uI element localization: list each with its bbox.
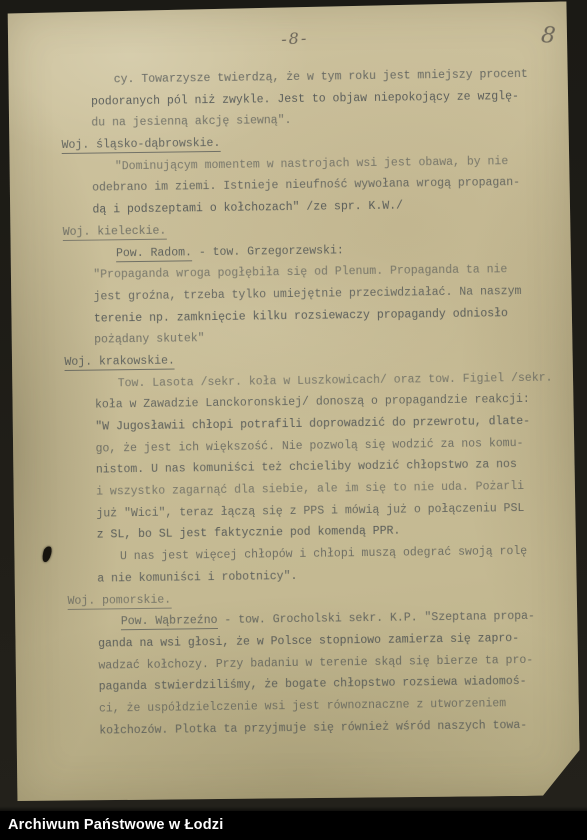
archive-caption: Archiwum Państwowe w Łodzi <box>8 817 223 833</box>
archive-caption-bar: Archiwum Państwowe w Łodzi <box>0 811 587 840</box>
section-heading-text: Woj. śląsko-dąbrowskie. <box>62 137 221 154</box>
typed-page-number: -8- <box>281 28 309 48</box>
subheading-underlined: Pow. Wąbrzeźno <box>121 614 218 630</box>
section-heading-text: Woj. kieleckie. <box>63 224 167 240</box>
scan-background: -8- 8 cy. Towarzysze twierdzą, że w tym … <box>0 0 587 840</box>
section-heading-text: Woj. krakowskie. <box>64 354 175 370</box>
pencil-page-number: 8 <box>540 23 557 49</box>
subheading-underlined: Pow. Radom. <box>116 246 192 262</box>
section-heading-text: Woj. pomorskie. <box>67 593 171 609</box>
typed-text: cy. Towarzysze twierdzą, że w tym roku j… <box>6 63 580 743</box>
document-page: -8- 8 cy. Towarzysze twierdzą, że w tym … <box>5 1 580 802</box>
